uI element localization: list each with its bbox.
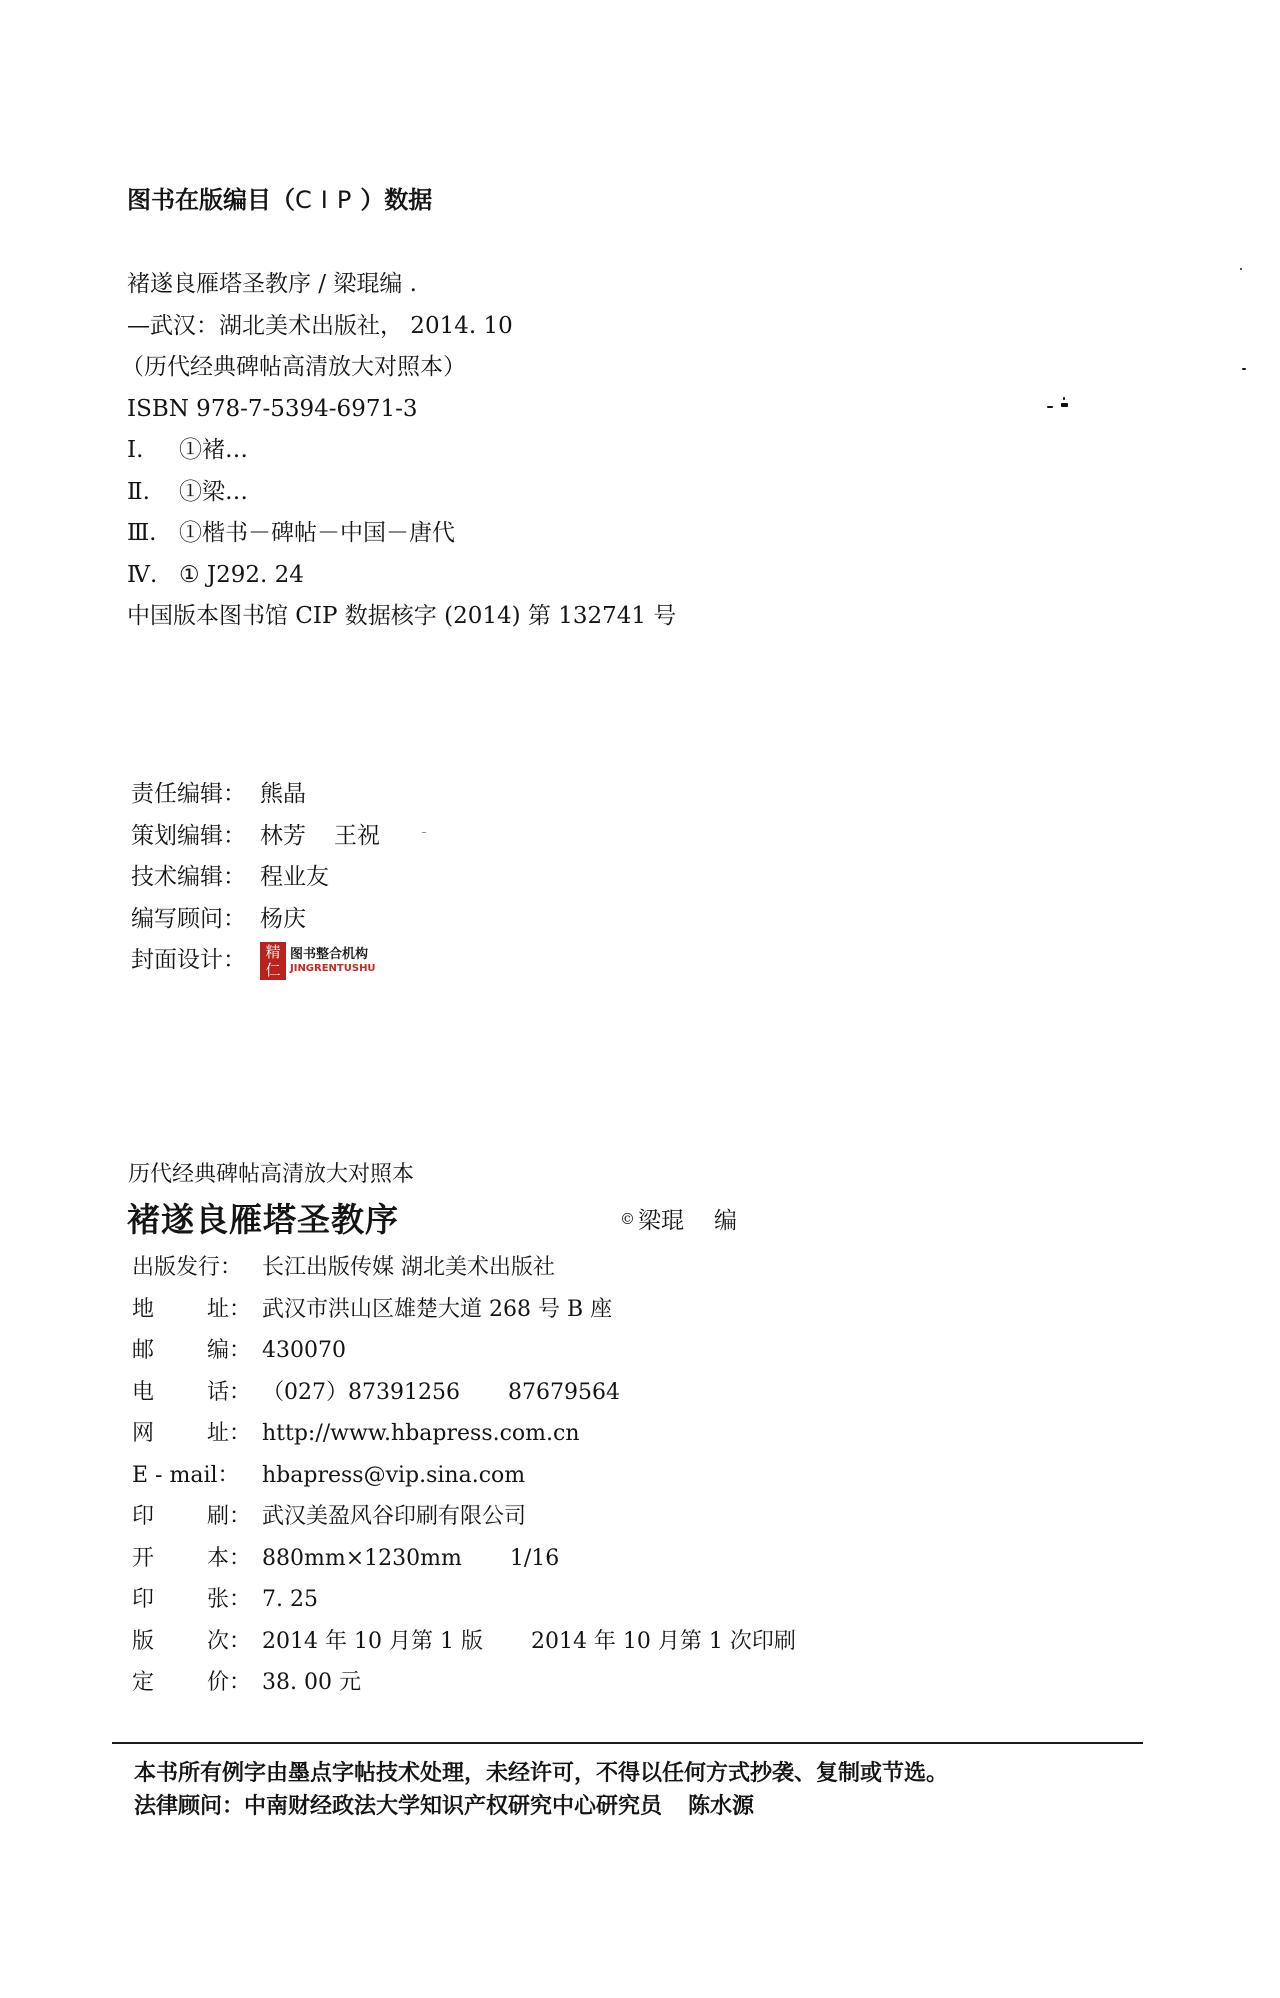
cip-heading-suffix: ）数据 [360,186,432,214]
logo-seal-top: 精 [265,943,280,961]
colophon-block: 出版发行： 长江出版传媒 湖北美术出版社 地 址： 武汉市洪山区雄楚大道 268… [132,1247,796,1704]
editor-row-responsible: 责任编辑： 熊晶 [131,774,380,816]
colophon-label-char2: 编： [207,1330,262,1372]
colophon-label-char2: 址： [207,1289,262,1331]
email-link[interactable]: hbapress@vip.sina.com [262,1455,525,1497]
cip-heading-latin: CIP [295,186,360,214]
cip-class-row: Ⅱ. ①梁… [127,472,676,514]
divider-rule [112,1742,1143,1744]
class-text: ① J292. 24 [179,555,304,597]
editor-row-cover-design: 封面设计： 精 仁 图书整合机构 JINGRENTUSHU [131,940,380,982]
colophon-value: 2014 年 10 月第 1 版 [262,1621,483,1663]
logo-seal-icon: 精 仁 [260,942,286,980]
colophon-label-char1: 版 [132,1621,207,1663]
colophon-label-char2: 本： [207,1538,262,1580]
cip-series-line: （历代经典碑帖高清放大对照本） [121,347,676,389]
cip-publisher-line: —武汉：湖北美术出版社， 2014. 10 [127,306,676,348]
colophon-row-phone: 电 话： （027）87391256 87679564 [132,1372,796,1414]
class-text: ①楷书－碑帖－中国－唐代 [179,513,455,555]
cip-verification-line: 中国版本图书馆 CIP 数据核字 (2014) 第 132741 号 [127,596,676,638]
byline-author: 梁琨 [638,1208,684,1234]
colophon-row-email: E - mail： hbapress@vip.sina.com [132,1455,796,1497]
logo-chinese: 图书整合机构 [290,948,376,961]
cip-class-row: Ⅰ. ①褚… [127,430,676,472]
copyright-icon: © [620,1210,635,1228]
editors-block: 责任编辑： 熊晶 策划编辑： 林芳 王祝 技术编辑： 程业友 编写顾问： 杨庆 … [131,774,380,982]
cip-heading: 图书在版编目（CIP）数据 [127,184,432,216]
colophon-row-postcode: 邮 编： 430070 [132,1330,796,1372]
cip-title-line: 褚遂良雁塔圣教序 / 梁琨编 . [127,264,676,306]
editor-row-planning: 策划编辑： 林芳 王祝 [131,816,380,858]
colophon-label-char2: 价： [207,1662,262,1704]
editor-label: 策划编辑： [131,816,260,858]
colophon-label-char1: 地 [132,1289,207,1331]
colophon-row-format: 开 本： 880mm×1230mm 1/16 [132,1538,796,1580]
cip-class-row: Ⅳ. ① J292. 24 [127,555,676,597]
logo-english: JINGRENTUSHU [290,964,376,974]
editor-label: 封面设计： [131,940,260,982]
colophon-label-char2: 址： [207,1413,262,1455]
cip-isbn-line: ISBN 978-7-5394-6971-3 [127,389,676,431]
colophon-row-website: 网 址： http://www.hbapress.com.cn [132,1413,796,1455]
colophon-label: 出版发行： [132,1247,262,1289]
colophon-label-char1: 定 [132,1662,207,1704]
colophon-value-extra: 87679564 [508,1372,620,1414]
colophon-label-char1: 印 [132,1496,207,1538]
editor-name: 林芳 [260,816,306,858]
colophon-value-extra: 1/16 [510,1538,559,1580]
scan-speck [1061,403,1068,407]
legal-advisor-name: 陈水源 [688,1794,754,1819]
colophon-value: 武汉美盈风谷印刷有限公司 [262,1496,526,1538]
scan-speck [1063,397,1065,400]
colophon-row-address: 地 址： 武汉市洪山区雄楚大道 268 号 B 座 [132,1289,796,1331]
colophon-label-char1: 网 [132,1413,207,1455]
editor-name: 王祝 [334,816,380,858]
cip-data-block: 褚遂良雁塔圣教序 / 梁琨编 . —武汉：湖北美术出版社， 2014. 10 （… [127,264,676,638]
class-text: ①褚… [179,430,248,472]
colophon-row-edition: 版 次： 2014 年 10 月第 1 版 2014 年 10 月第 1 次印刷 [132,1621,796,1663]
colophon-value: 武汉市洪山区雄楚大道 268 号 B 座 [262,1289,612,1331]
cip-heading-prefix: 图书在版编目（ [127,186,295,214]
colophon-value: 430070 [262,1330,346,1372]
editor-name: 熊晶 [260,774,306,816]
roman-numeral: Ⅱ. [127,472,179,514]
byline: ©梁琨编 [620,1204,737,1236]
colophon-value-extra: 2014 年 10 月第 1 次印刷 [531,1621,796,1663]
colophon-row-printer: 印 刷： 武汉美盈风谷印刷有限公司 [132,1496,796,1538]
colophon-value: 38. 00 元 [262,1662,361,1704]
colophon-label-char1: 电 [132,1372,207,1414]
colophon-value: 长江出版传媒 湖北美术出版社 [262,1247,555,1289]
website-link[interactable]: http://www.hbapress.com.cn [262,1413,580,1455]
colophon-label-char2: 刷： [207,1496,262,1538]
editor-label: 技术编辑： [131,857,260,899]
roman-numeral: Ⅲ. [127,513,179,555]
colophon-value: 880mm×1230mm [262,1538,462,1580]
logo-seal-bottom: 仁 [265,961,280,979]
roman-numeral: Ⅳ. [127,555,179,597]
editor-name: 程业友 [260,857,329,899]
colophon-label-char1: 印 [132,1579,207,1621]
editor-label: 编写顾问： [131,899,260,941]
book-title: 褚遂良雁塔圣教序 [127,1198,399,1242]
scan-speck [1242,368,1246,370]
class-text: ①梁… [179,472,248,514]
series-name: 历代经典碑帖高清放大对照本 [128,1161,414,1189]
jingren-logo: 精 仁 图书整合机构 JINGRENTUSHU [260,941,376,981]
scan-speck [1240,268,1242,270]
editor-row-technical: 技术编辑： 程业友 [131,857,380,899]
colophon-row-publisher: 出版发行： 长江出版传媒 湖北美术出版社 [132,1247,796,1289]
roman-numeral: Ⅰ. [127,430,179,472]
colophon-value: 7. 25 [262,1579,318,1621]
scan-speck [1047,406,1053,408]
editor-row-advisor: 编写顾问： 杨庆 [131,899,380,941]
copyright-notice: 本书所有例字由墨点字帖技术处理，未经许可，不得以任何方式抄袭、复制或节选。 法律… [134,1757,948,1823]
cip-class-row: Ⅲ. ①楷书－碑帖－中国－唐代 [127,513,676,555]
colophon-label-char1: 开 [132,1538,207,1580]
colophon-label-char2: 话： [207,1372,262,1414]
editor-label: 责任编辑： [131,774,260,816]
colophon-row-price: 定 价： 38. 00 元 [132,1662,796,1704]
scan-speck [422,832,426,833]
legal-advisor-label: 法律顾问：中南财经政法大学知识产权研究中心研究员 [134,1794,662,1819]
colophon-row-sheets: 印 张： 7. 25 [132,1579,796,1621]
colophon-label-char2: 次： [207,1621,262,1663]
byline-role: 编 [714,1208,737,1234]
colophon-label-char2: 张： [207,1579,262,1621]
colophon-label: E - mail： [132,1455,262,1497]
notice-line-legal: 法律顾问：中南财经政法大学知识产权研究中心研究员陈水源 [134,1790,948,1823]
editor-name: 杨庆 [260,899,306,941]
colophon-label-char1: 邮 [132,1330,207,1372]
logo-text: 图书整合机构 JINGRENTUSHU [290,948,376,974]
colophon-value: （027）87391256 [262,1372,460,1414]
notice-line-reproduction: 本书所有例字由墨点字帖技术处理，未经许可，不得以任何方式抄袭、复制或节选。 [134,1757,948,1790]
